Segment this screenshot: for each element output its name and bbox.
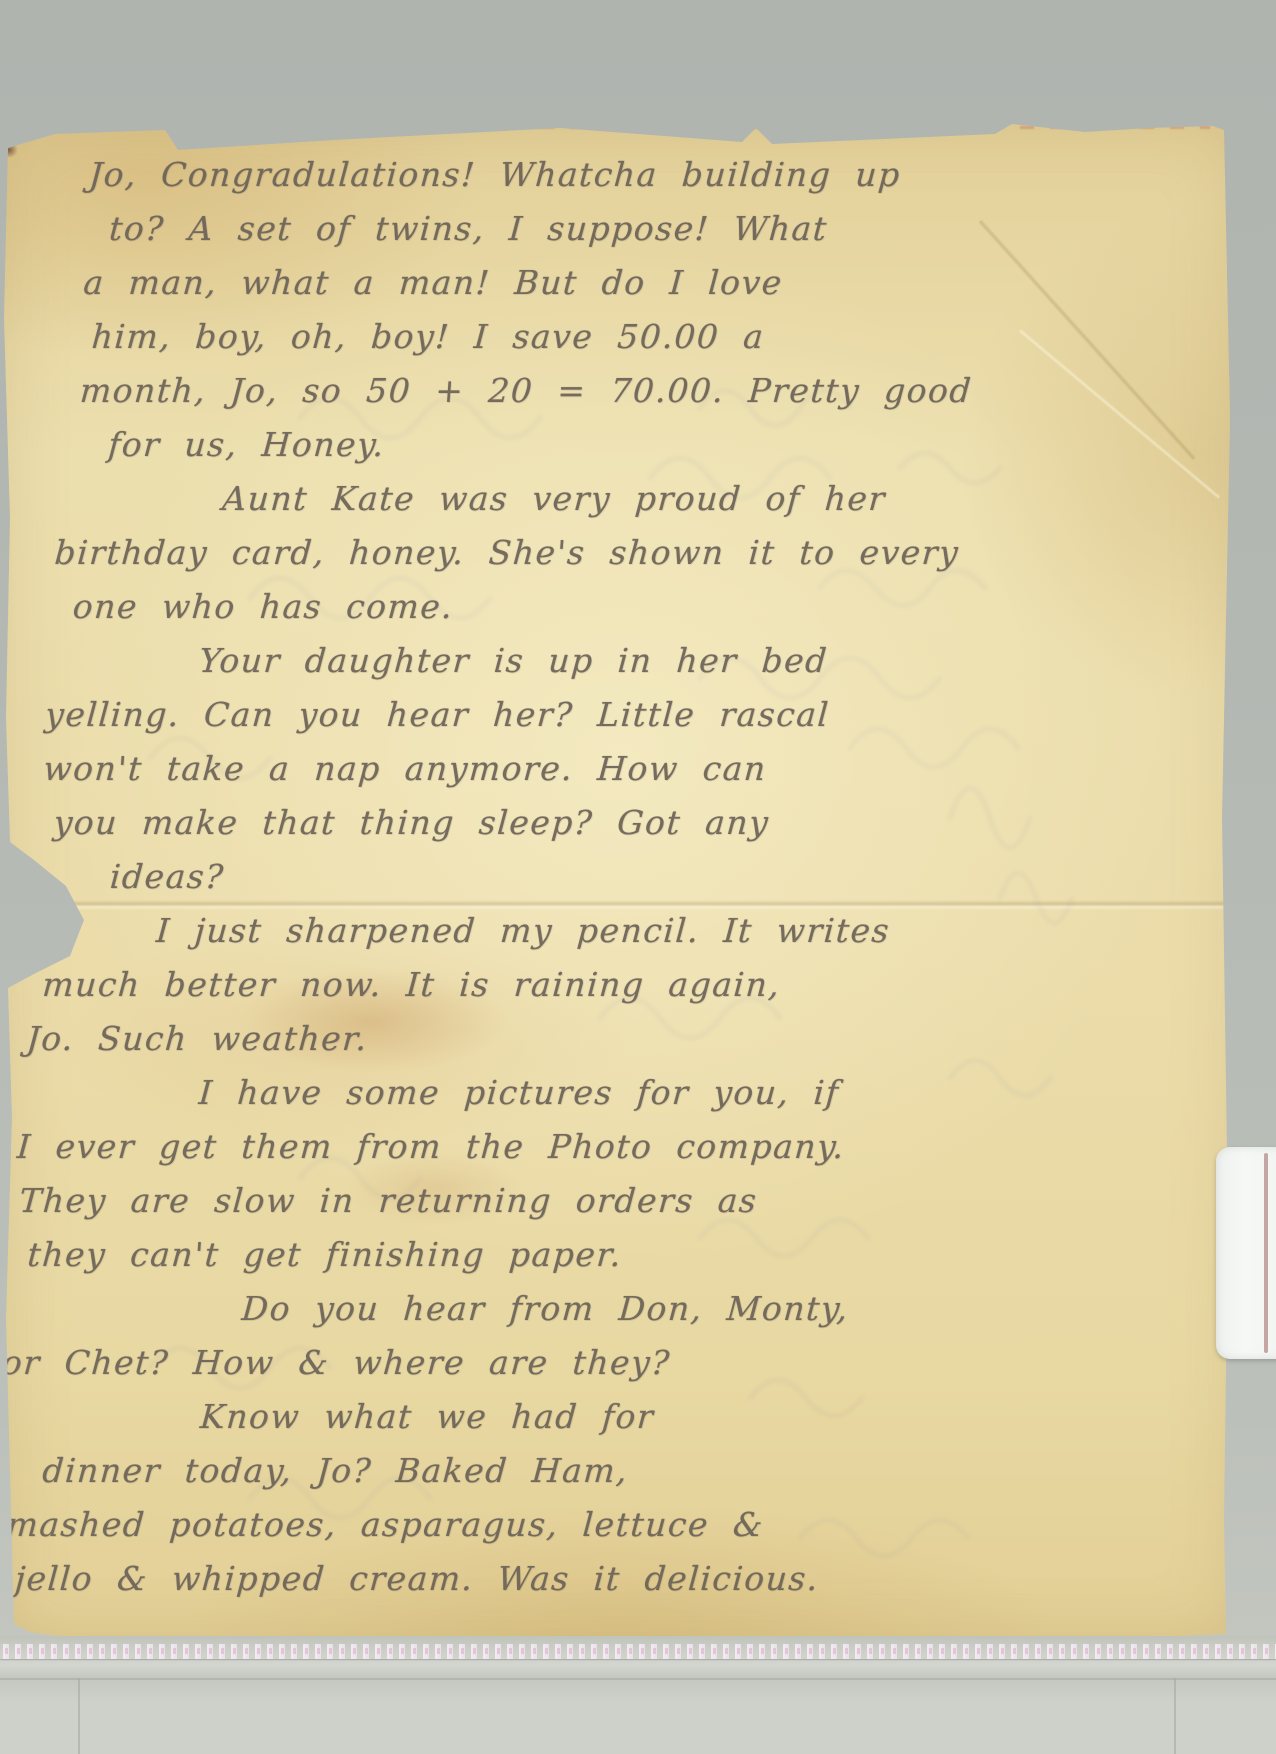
letter-line: jello & whipped cream. Was it delicious. [0,1552,1169,1606]
letter-line: birthday card, honey. She's shown it to … [47,526,1241,580]
letter-lines: Jo, Congradulations! Whatcha building up… [0,148,1267,1606]
letter-line: I have some pictures for you, if [9,1066,1203,1120]
sleeve-perforation-dots [0,1648,1276,1654]
tab-red-edge [1264,1153,1268,1353]
letter-line: they can't get finishing paper. [0,1228,1191,1282]
letter-line: much better now. It is raining again, [17,958,1211,1012]
letter-line: Do you hear from Don, Monty, [0,1282,1188,1336]
letter-line: dinner today, Jo? Baked Ham, [0,1444,1176,1498]
letter-line: won't take a nap anymore. How can [32,742,1226,796]
letter-paper: Jo, Congradulations! Whatcha building up… [0,118,1240,1648]
letter-line: a man, what a man! But do I love [66,256,1260,310]
letter-line: Know what we had for [0,1390,1180,1444]
letter-line: I ever get them from the Photo company. [5,1120,1199,1174]
sleeve-seam-left [78,1678,80,1754]
letter-line: to? A set of twins, I suppose! What [69,202,1263,256]
letter-line: Your daughter is up in her bed [39,634,1233,688]
sleeve-seam-right [1174,1678,1176,1754]
letter-line: yelling. Can you hear her? Little rascal [35,688,1229,742]
letter-line: Jo. Such weather. [13,1012,1207,1066]
letter-line: month, Jo, so 50 + 20 = 70.00. Pretty go… [58,364,1252,418]
letter-line: mashed potatoes, asparagus, lettuce & [0,1498,1173,1552]
white-index-tab [1216,1147,1276,1359]
letter-line: one who has come. [43,580,1237,634]
letter-line: Aunt Kate was very proud of her [51,472,1245,526]
letter-line: I just sharpened my pencil. It writes [20,904,1214,958]
letter-line: for us, Honey. [54,418,1248,472]
letter-line: Jo, Congradulations! Whatcha building up [73,148,1267,202]
letter-line: or Chet? How & where are they? [0,1336,1184,1390]
sleeve-bottom-area [0,1678,1276,1754]
letter-line: him, boy, oh, boy! I save 50.00 a [62,310,1256,364]
letter-line: ideas? [24,850,1218,904]
letter-line: They are slow in returning orders as [1,1174,1195,1228]
letter-line: you make that thing sleep? Got any [28,796,1222,850]
